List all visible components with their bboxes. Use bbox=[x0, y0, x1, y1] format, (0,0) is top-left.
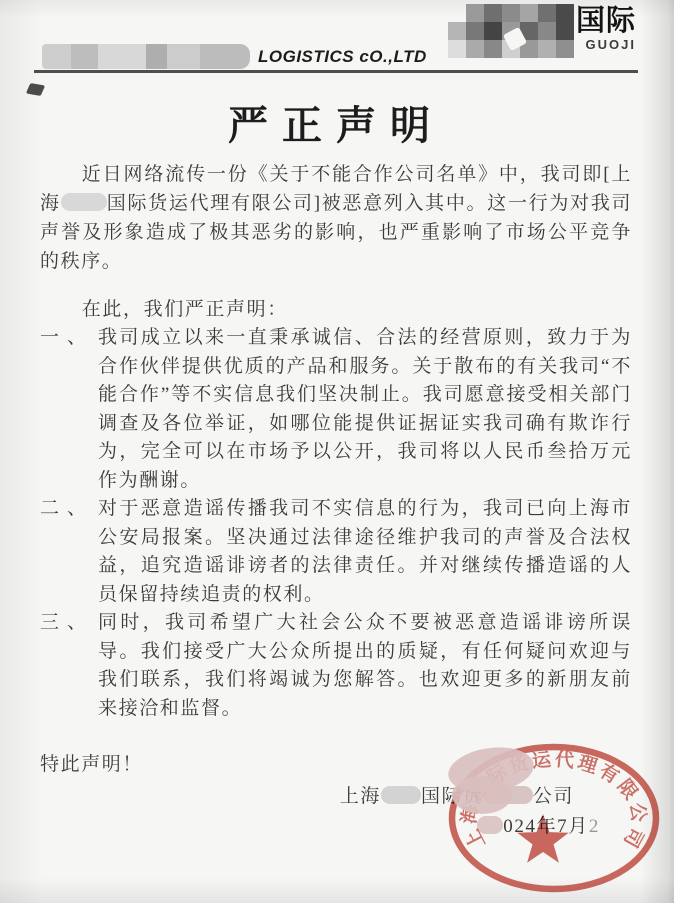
document-content: LOGISTICS cO.,LTD 国际 GUOJI 严正声明 近日网络流传一份 bbox=[40, 0, 632, 841]
statement-title: 严正声明 bbox=[40, 100, 632, 152]
signature-prefix: 上海 bbox=[340, 786, 381, 807]
company-name-redaction bbox=[42, 44, 250, 69]
intro-text-after-redaction: 国际货运代理有限公司]被恶意列入其中。这一行为对我司声誉及形象造成了极其恶劣的影… bbox=[40, 193, 632, 272]
company-brand: LOGISTICS cO.,LTD bbox=[42, 44, 427, 69]
logo-text: 国际 GUOJI bbox=[576, 4, 636, 52]
header-divider-line bbox=[34, 70, 638, 73]
item-text: 对于恶意造谣传播我司不实信息的行为，我司已向上海市公安局报案。坚决通过法律途径维… bbox=[98, 495, 632, 609]
logo-mosaic-redaction bbox=[448, 4, 574, 58]
logo-pinyin-label: GUOJI bbox=[586, 38, 636, 52]
letterhead: LOGISTICS cO.,LTD 国际 GUOJI bbox=[40, 0, 632, 74]
company-name-inline-redaction bbox=[61, 193, 107, 211]
intro-paragraph: 近日网络流传一份《关于不能合作公司名单》中，我司即[上海国际货运代理有限公司]被… bbox=[40, 160, 632, 276]
declaration-list: 一 、 我司成立以来一直秉承诚信、合法的经营原则，致力于为合作伙伴提供优质的产品… bbox=[40, 324, 632, 723]
item-marker: 二 、 bbox=[40, 495, 98, 609]
scanned-statement-page: LOGISTICS cO.,LTD 国际 GUOJI 严正声明 近日网络流传一份 bbox=[0, 0, 674, 903]
scan-artifact-mark bbox=[26, 83, 45, 96]
declaration-lead-in: 在此，我们严正声明： bbox=[40, 295, 632, 324]
seal-redaction-blob-2 bbox=[452, 776, 512, 814]
logo-chinese-label: 国际 bbox=[576, 4, 636, 38]
list-item: 一 、 我司成立以来一直秉承诚信、合法的经营原则，致力于为合作伙伴提供优质的产品… bbox=[40, 324, 632, 495]
item-marker: 三 、 bbox=[40, 609, 98, 723]
list-item: 二 、 对于恶意造谣传播我司不实信息的行为，我司已向上海市公安局报案。坚决通过法… bbox=[40, 495, 632, 609]
signature-redaction bbox=[381, 786, 421, 804]
company-name-english: LOGISTICS cO.,LTD bbox=[258, 44, 427, 69]
item-text: 我司成立以来一直秉承诚信、合法的经营原则，致力于为合作伙伴提供优质的产品和服务。… bbox=[98, 324, 632, 495]
item-marker: 一 、 bbox=[40, 324, 98, 495]
item-text: 同时，我司希望广大社会公众不要被恶意造谣诽谤所误导。我们接受广大公众所提出的质疑… bbox=[98, 609, 632, 723]
list-item: 三 、 同时，我司希望广大社会公众不要被恶意造谣诽谤所误导。我们接受广大公众所提… bbox=[40, 609, 632, 723]
seal-star-icon bbox=[517, 814, 568, 863]
company-logo: 国际 GUOJI bbox=[448, 4, 636, 58]
